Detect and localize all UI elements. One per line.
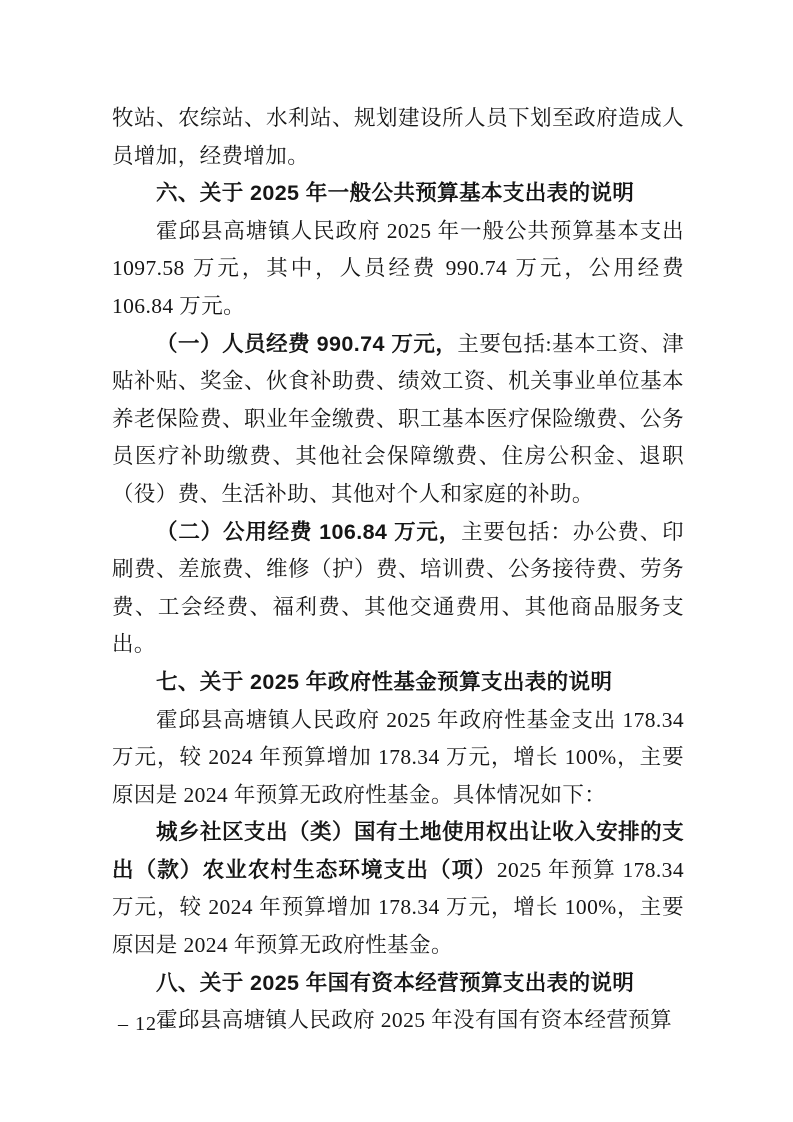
emphasis-text: 八、关于 2025 年国有资本经营预算支出表的说明 (156, 971, 634, 995)
paragraph: （二）公用经费 106.84 万元，主要包括：办公费、印刷费、差旅费、维修（护）… (112, 514, 684, 664)
emphasis-text: 六、关于 2025 年一般公共预算基本支出表的说明 (156, 181, 634, 205)
body-text: 霍邱县高塘镇人民政府 2025 年一般公共预算基本支出 1097.58 万元，其… (112, 219, 684, 318)
section-heading: 六、关于 2025 年一般公共预算基本支出表的说明 (112, 175, 684, 213)
emphasis-text: （二）公用经费 106.84 万元， (156, 520, 461, 544)
emphasis-text: 七、关于 2025 年政府性基金预算支出表的说明 (156, 670, 612, 694)
body-text: 霍邱县高塘镇人民政府 2025 年没有国有资本经营预算 (156, 1008, 672, 1032)
body-text: 霍邱县高塘镇人民政府 2025 年政府性基金支出 178.34 万元，较 202… (112, 708, 684, 807)
paragraph: 霍邱县高塘镇人民政府 2025 年一般公共预算基本支出 1097.58 万元，其… (112, 213, 684, 326)
paragraph: 牧站、农综站、水利站、规划建设所人员下划至政府造成人员增加，经费增加。 (112, 100, 684, 175)
emphasis-text: （一）人员经费 990.74 万元， (156, 332, 457, 356)
paragraph: 城乡社区支出（类）国有土地使用权出让收入安排的支出（款）农业农村生态环境支出（项… (112, 814, 684, 964)
body-text: 牧站、农综站、水利站、规划建设所人员下划至政府造成人员增加，经费增加。 (112, 106, 684, 168)
section-heading: 八、关于 2025 年国有资本经营预算支出表的说明 (112, 965, 684, 1003)
body-text: 主要包括:基本工资、津贴补贴、奖金、伙食补助费、绩效工资、机关事业单位基本养老保… (112, 332, 684, 506)
paragraph: 霍邱县高塘镇人民政府 2025 年没有国有资本经营预算 (112, 1002, 684, 1040)
paragraph: 霍邱县高塘镇人民政府 2025 年政府性基金支出 178.34 万元，较 202… (112, 702, 684, 815)
document-page: 牧站、农综站、水利站、规划建设所人员下划至政府造成人员增加，经费增加。六、关于 … (0, 0, 793, 1122)
document-body: 牧站、农综站、水利站、规划建设所人员下划至政府造成人员增加，经费增加。六、关于 … (112, 100, 684, 1040)
section-heading: 七、关于 2025 年政府性基金预算支出表的说明 (112, 664, 684, 702)
paragraph: （一）人员经费 990.74 万元，主要包括:基本工资、津贴补贴、奖金、伙食补助… (112, 326, 684, 514)
page-number: – 12 – (118, 1012, 174, 1036)
